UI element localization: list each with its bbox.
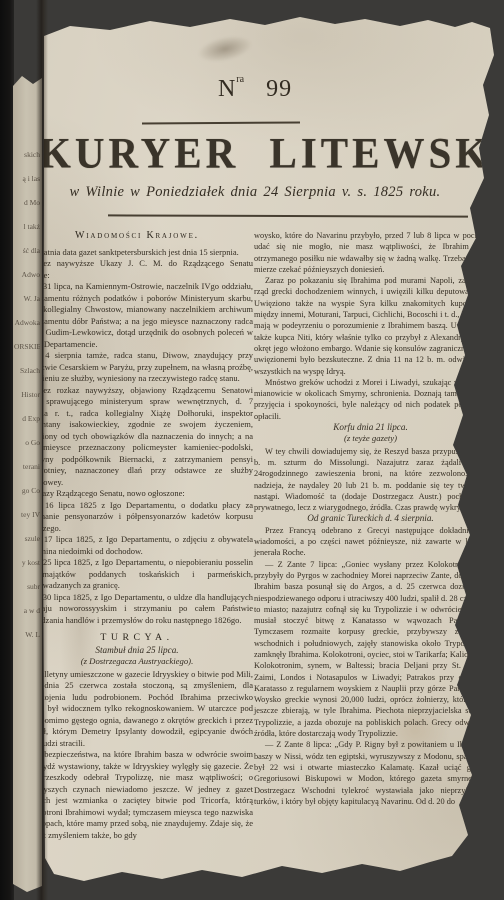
gutter-fragment: y kost [14, 558, 40, 582]
gutter-fragment: W. Ja [14, 294, 40, 318]
issue-number: Nra99 [150, 74, 360, 103]
dateline: (z Dostrzegacza Austryackiego). [21, 656, 253, 668]
gutter-fragment: tey IV [14, 510, 40, 534]
previous-page-edge: skichą i lasd Mol takżść dlaAdwoW. JaAdw… [13, 0, 42, 900]
paragraph: — Z Zante 7 lipca: „Goniec wysłany przez… [254, 559, 487, 740]
issue-superscript: ra [236, 74, 244, 85]
gutter-fragment: Histor [14, 390, 40, 414]
gutter-fragment: ą i las [14, 174, 40, 198]
column-left: Wiadomości Krajowe.Ostatnia data gazet s… [21, 230, 253, 841]
gutter-fragment: d Mo [14, 198, 40, 222]
gutter-fragment: ść dla [14, 246, 40, 270]
masthead-title: KURYER LITEWSKI [39, 127, 504, 178]
issue-prefix: N [218, 76, 236, 102]
gutter-fragment: szule [14, 534, 40, 558]
gutter-fragment: ORSKIE [14, 342, 40, 366]
paragraph: Niebezpieczeństwa, na które Ibrahim basz… [21, 749, 253, 841]
dateline: Stambuł dnia 25 lipca. [21, 645, 253, 657]
paragraph: Przez Francyą odebrano z Grecyi następuj… [254, 525, 487, 559]
issue-value: 99 [266, 76, 292, 102]
dateline: (z teyże gazety) [254, 433, 487, 444]
gutter-fragment: skich [14, 150, 40, 174]
dateline: Od granic Tureckich d. 4 sierpnia. [254, 513, 487, 524]
gutter-fragment: o Go [14, 438, 40, 462]
gutter-fragment: d Exp [14, 414, 40, 438]
gutter-fragment: Adwo [14, 270, 40, 294]
paragraph: W tey chwili dowiadujemy się, że Reszyd … [254, 446, 487, 514]
subtitle-rule [108, 214, 468, 217]
ink-smudge [193, 30, 257, 68]
gutter-fragment: go Co [14, 486, 40, 510]
book-spine [0, 0, 14, 900]
paragraph: D. 30 lipca 1825, z Igo Departamentu, o … [21, 592, 253, 627]
gutter-fragment: W. L [14, 630, 40, 654]
gutter-fragment: l takż [14, 222, 40, 246]
paragraph: Zaraz po pokazaniu się Ibrahima pod mura… [254, 275, 487, 377]
gutter-fragment: subr [14, 582, 40, 606]
gutter-text-fragments: skichą i lasd Mol takżść dlaAdwoW. JaAdw… [14, 150, 40, 654]
scan-background: skichą i lasd Mol takżść dlaAdwoW. JaAdw… [0, 0, 504, 900]
dateline: Korfu dnia 21 lipca. [254, 422, 487, 433]
paragraph: D. 16 lipca 1825 z Igo Departamentu, o d… [21, 500, 253, 535]
paragraph: Przez rozkaz naywyższy, objawiony Rządzą… [21, 385, 253, 489]
gutter-fragment: terani [14, 462, 40, 486]
paragraph: Biulletyny umieszczone w gazecie Idryysk… [21, 669, 253, 750]
paragraph: D. 17 lipca 1825, z Igo Departamentu, o … [21, 534, 253, 557]
paragraph: Mnóstwo greków uchodzi z Morei i Liwadyi… [254, 377, 487, 422]
paragraph: Ostatnia data gazet sanktpetersburskich … [21, 247, 253, 259]
paragraph: D. 31 lipca, na Kamiennym-Ostrowie, nacz… [21, 281, 253, 350]
gutter-fragment: a w d [14, 606, 40, 630]
gutter-fragment: Adwoka [14, 318, 40, 342]
paragraph: Ukazy Rządzącego Senatu, nowo ogłoszone: [21, 488, 253, 500]
section-heading: Wiadomości Krajowe. [21, 230, 253, 242]
paragraph: D. 4 sierpnia tamże, radca stanu, Diwow,… [21, 350, 253, 385]
column-right: woysko, które do Navarinu przybyło, prze… [254, 230, 487, 807]
gutter-fragment: Szlach [14, 366, 40, 390]
paragraph: D. 25 lipca 1825, z Igo Departamentu, o … [21, 557, 253, 592]
edition-dateline: w Wilnie w Poniedziałek dnia 24 Sierpnia… [40, 184, 470, 201]
newspaper-page: Nra99 KURYER LITEWSKI w Wilnie w Poniedz… [0, 0, 504, 900]
paragraph: Przez naywyższe Ukazy J. C. M. do Rządzą… [21, 258, 253, 281]
paragraph: — Z Zante 8 lipca: „Gdy P. Rigny był z p… [254, 739, 487, 807]
header-rule [142, 121, 300, 124]
section-heading: Turcya. [21, 632, 253, 644]
paragraph: woysko, które do Navarinu przybyło, prze… [254, 230, 487, 275]
